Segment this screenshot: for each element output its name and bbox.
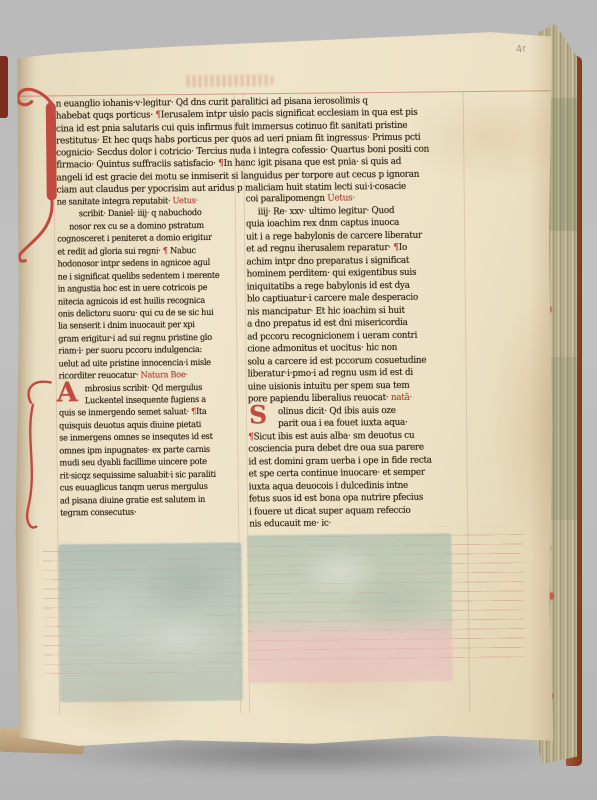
decorated-initial-a: A <box>57 379 78 406</box>
book-shadow <box>36 738 566 776</box>
initial-a-flourish <box>21 368 57 538</box>
intro-block: n euanglio iohanis·v·legitur· Qd dns cur… <box>56 94 493 197</box>
left-text-column: ne sanitate integra reputabit· Uetus·scr… <box>57 193 241 518</box>
rubric-text: Uetus· <box>172 195 197 206</box>
left-binding-sliver <box>0 56 8 118</box>
decorated-initial-s: S <box>249 402 267 427</box>
rubric-text: Uetus· <box>327 193 355 204</box>
rubric-text: Natura Boe· <box>141 369 188 380</box>
folio-number: 4r <box>515 43 527 55</box>
faded-miniature-left <box>58 542 243 702</box>
parchment-page: n euanglio iohanis·v·legitur· Qd dns cur… <box>14 30 556 748</box>
faded-red-offset-mark <box>183 74 273 87</box>
red-speck <box>549 592 554 600</box>
manuscript-photo: n euanglio iohanis·v·legitur· Qd dns cur… <box>0 0 597 800</box>
faded-miniature-right <box>247 533 453 683</box>
right-text-column: coi paralipomengn Uetus·iiij· Re· xxv· u… <box>246 191 469 531</box>
page-content: n euanglio iohanis·v·legitur· Qd dns cur… <box>11 27 560 751</box>
manuscript-text-line: tegram consecutus· <box>60 504 241 519</box>
rubric-text: natā· <box>391 392 412 403</box>
